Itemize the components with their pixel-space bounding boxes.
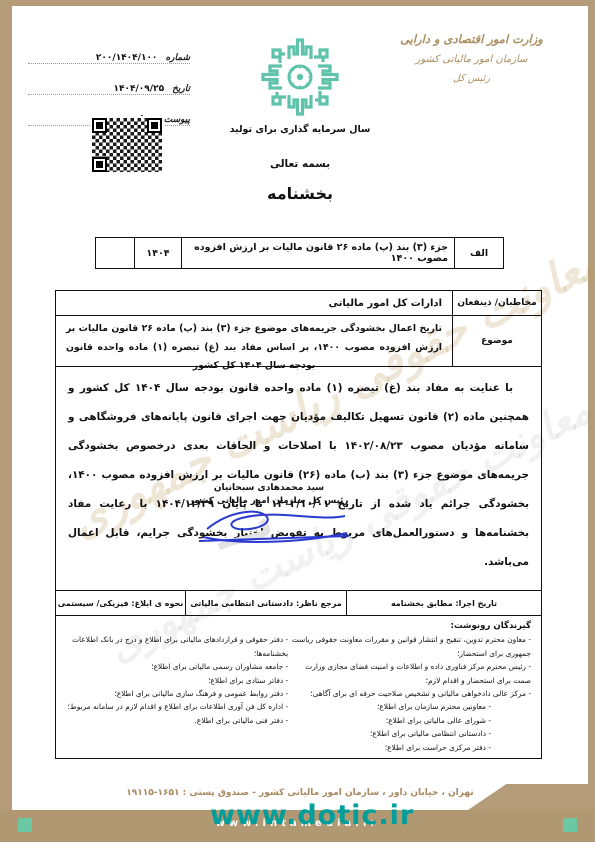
date-label: تاریخ bbox=[172, 84, 190, 94]
execution-date-cell: تاریخ اجرا: مطابق بخشنامه bbox=[346, 591, 541, 615]
cc-columns: - معاون محترم تدوین، تنقیح و انتشار قوان… bbox=[64, 633, 531, 754]
office-title: رئیس کل bbox=[369, 73, 574, 84]
audience-value: ادارات کل امور مالیاتی bbox=[56, 291, 452, 315]
cc-item: - معاونین محترم سازمان برای اطلاع؛ bbox=[288, 700, 531, 713]
signer-title: رئیس کل سازمان امور مالیاتی کشور bbox=[189, 496, 349, 506]
delivery-method-cell: نحوه ی ابلاغ: فیزیکی/ سیستمی bbox=[56, 591, 185, 615]
cc-item: - رئیس محترم مرکز فناوری داده و اطلاعات … bbox=[288, 660, 531, 687]
scanned-circular-document: { "header": { "ministry_lines": ["وزارت … bbox=[0, 0, 595, 842]
cc-item: - دفتر حقوقی و قراردادهای مالیاتی برای ا… bbox=[64, 633, 288, 660]
cc-item: - اداره کل فن آوری اطلاعات برای اطلاع و … bbox=[64, 700, 288, 713]
cc-item: - دادستانی انتظامی مالیاتی برای اطلاع؛ bbox=[288, 727, 531, 740]
tax-administration-logo-icon bbox=[260, 38, 340, 116]
subject-row: موضوع تاریخ اعمال بخشودگی جریمه‌های موضو… bbox=[56, 316, 541, 367]
body-paragraph: با عنایت به مفاد بند (غ) تبصره (۱) ماده … bbox=[56, 367, 541, 577]
year-slogan: سال سرمایه گذاری برای تولید bbox=[12, 124, 588, 135]
number-label: شماره bbox=[165, 53, 190, 63]
circular-main-table: مخاطبان/ ذینفعان ادارات کل امور مالیاتی … bbox=[55, 290, 542, 759]
body-section: با عنایت به مفاد بند (غ) تبصره (۱) ماده … bbox=[56, 367, 541, 591]
subject-value: تاریخ اعمال بخشودگی جریمه‌های موضوع جزء … bbox=[56, 316, 452, 366]
subject-label: موضوع bbox=[452, 316, 541, 366]
besmele-text: بسمه تعالی bbox=[12, 158, 588, 170]
document-type-title: بخشنامه bbox=[12, 184, 588, 203]
supervisor-cell: مرجع ناظر: دادستانی انتظامی مالیاتی bbox=[185, 591, 346, 615]
cc-item: - جامعه مشاوران رسمی مالیاتی برای اطلاع؛ bbox=[64, 660, 288, 673]
ministry-name: وزارت امور اقتصادی و دارایی bbox=[369, 32, 574, 46]
cc-right-column: - معاون محترم تدوین، تنقیح و انتشار قوان… bbox=[288, 633, 531, 754]
letterhead-ministry-block: وزارت امور اقتصادی و دارایی سازمان امور … bbox=[369, 32, 574, 84]
letter-date-row: تاریخ ۱۴۰۴/۰۹/۲۵ bbox=[28, 67, 190, 95]
classification-strip: الف جزء (۳) بند (پ) ماده ۲۶ قانون مالیات… bbox=[95, 237, 504, 269]
classification-grade: الف bbox=[454, 238, 503, 268]
classification-subject: جزء (۳) بند (پ) ماده ۲۶ قانون مالیات بر … bbox=[181, 238, 454, 268]
letter-number-row: شماره ۲۰۰/۱۴۰۴/۱۰۰ bbox=[28, 36, 190, 64]
signer-name: سید محمدهادی سبحانیان bbox=[189, 483, 349, 493]
letter-meta-block: شماره ۲۰۰/۱۴۰۴/۱۰۰ تاریخ ۱۴۰۴/۰۹/۲۵ پیوس… bbox=[28, 36, 190, 129]
dotic-watermark: www.dotic.ir bbox=[210, 800, 414, 831]
date-value: ۱۴۰۴/۰۹/۲۵ bbox=[114, 84, 165, 94]
organization-name: سازمان امور مالیاتی کشور bbox=[369, 54, 574, 65]
cc-left-column: - دفتر حقوقی و قراردادهای مالیاتی برای ا… bbox=[64, 633, 288, 754]
audience-label: مخاطبان/ ذینفعان bbox=[452, 291, 541, 315]
classification-year: ۱۴۰۴ bbox=[134, 238, 181, 268]
execution-info-row: تاریخ اجرا: مطابق بخشنامه مرجع ناظر: داد… bbox=[56, 591, 541, 616]
signature-block: سید محمدهادی سبحانیان رئیس کل سازمان امو… bbox=[189, 483, 349, 506]
number-value: ۲۰۰/۱۴۰۴/۱۰۰ bbox=[96, 53, 158, 63]
cc-item: - دفاتر ستادی برای اطلاع؛ bbox=[64, 674, 288, 687]
classification-empty-cell bbox=[96, 238, 134, 268]
audience-row: مخاطبان/ ذینفعان ادارات کل امور مالیاتی bbox=[56, 291, 541, 316]
cc-header: گیرندگان رونوشت: bbox=[64, 621, 531, 631]
cc-item: - معاون محترم تدوین، تنقیح و انتشار قوان… bbox=[288, 633, 531, 660]
cc-item: - دفتر روابط عمومی و فرهنگ سازی مالیاتی … bbox=[64, 687, 288, 700]
cc-item: - شورای عالی مالیاتی برای اطلاع؛ bbox=[288, 714, 531, 727]
cc-item: - دفتر فنی مالیاتی برای اطلاع. bbox=[64, 714, 288, 727]
document-page: معاونت حقوقی ریاست جمهوری معاونت حقوقی ر… bbox=[12, 6, 588, 810]
cc-item: - مرکز عالی دادخواهی مالیاتی و تشخیص صلا… bbox=[288, 687, 531, 700]
cc-item: - دفتر مرکزی حراست برای اطلاع؛ bbox=[288, 741, 531, 754]
cc-section: گیرندگان رونوشت: - معاون محترم تدوین، تن… bbox=[56, 616, 541, 758]
